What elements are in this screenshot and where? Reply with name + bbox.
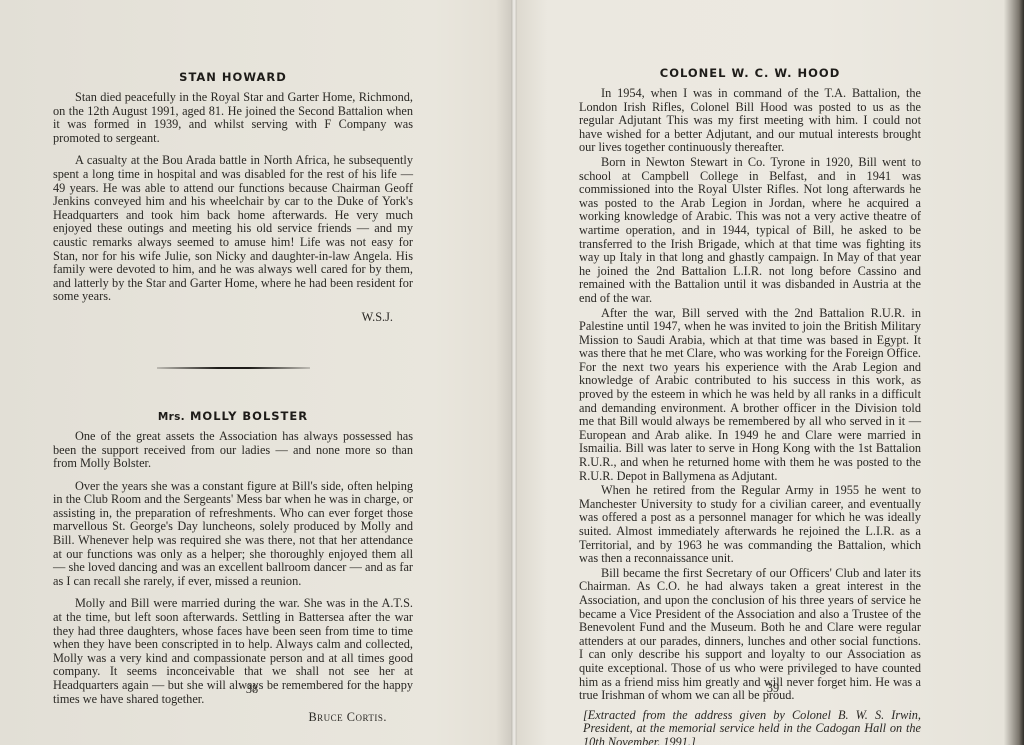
right-page: COLONEL W. C. W. HOOD In 1954, when I wa… — [517, 0, 1024, 745]
paragraph: Born in Newton Stewart in Co. Tyrone in … — [579, 156, 921, 306]
paragraph: Over the years she was a constant figure… — [53, 480, 413, 589]
page-number: 38 — [232, 682, 272, 697]
paragraph: When he retired from the Regular Army in… — [579, 484, 921, 566]
paragraph: Bill became the first Secretary of our O… — [579, 567, 921, 703]
page-number: 39 — [753, 681, 793, 696]
title-name: MOLLY BOLSTER — [190, 409, 308, 423]
obituary-colonel-hood: COLONEL W. C. W. HOOD In 1954, when I wa… — [579, 66, 921, 745]
paragraph: Stan died peacefully in the Royal Star a… — [53, 91, 413, 145]
obituary-stan-howard: STAN HOWARD Stan died peacefully in the … — [53, 70, 413, 325]
book-spread: STAN HOWARD Stan died peacefully in the … — [0, 0, 1024, 745]
paragraph: After the war, Bill served with the 2nd … — [579, 307, 921, 484]
section-title: Mrs. MOLLY BOLSTER — [53, 409, 413, 423]
left-page-content: STAN HOWARD Stan died peacefully in the … — [53, 70, 413, 725]
paragraph: One of the great assets the Association … — [53, 430, 413, 471]
signature: W.S.J. — [53, 310, 413, 325]
obituary-molly-bolster: Mrs. MOLLY BOLSTER One of the great asse… — [53, 409, 413, 725]
paragraph: A casualty at the Bou Arada battle in No… — [53, 154, 413, 304]
section-divider — [157, 367, 310, 369]
paragraph: In 1954, when I was in command of the T.… — [579, 87, 921, 155]
title-prefix: Mrs. — [158, 411, 185, 423]
right-page-content: COLONEL W. C. W. HOOD In 1954, when I wa… — [579, 66, 921, 745]
section-title: STAN HOWARD — [53, 70, 413, 84]
signature: Bruce Cortis. — [53, 710, 413, 725]
left-page: STAN HOWARD Stan died peacefully in the … — [0, 0, 511, 745]
section-title: COLONEL W. C. W. HOOD — [579, 66, 921, 80]
source-note: [Extracted from the address given by Col… — [579, 709, 921, 745]
